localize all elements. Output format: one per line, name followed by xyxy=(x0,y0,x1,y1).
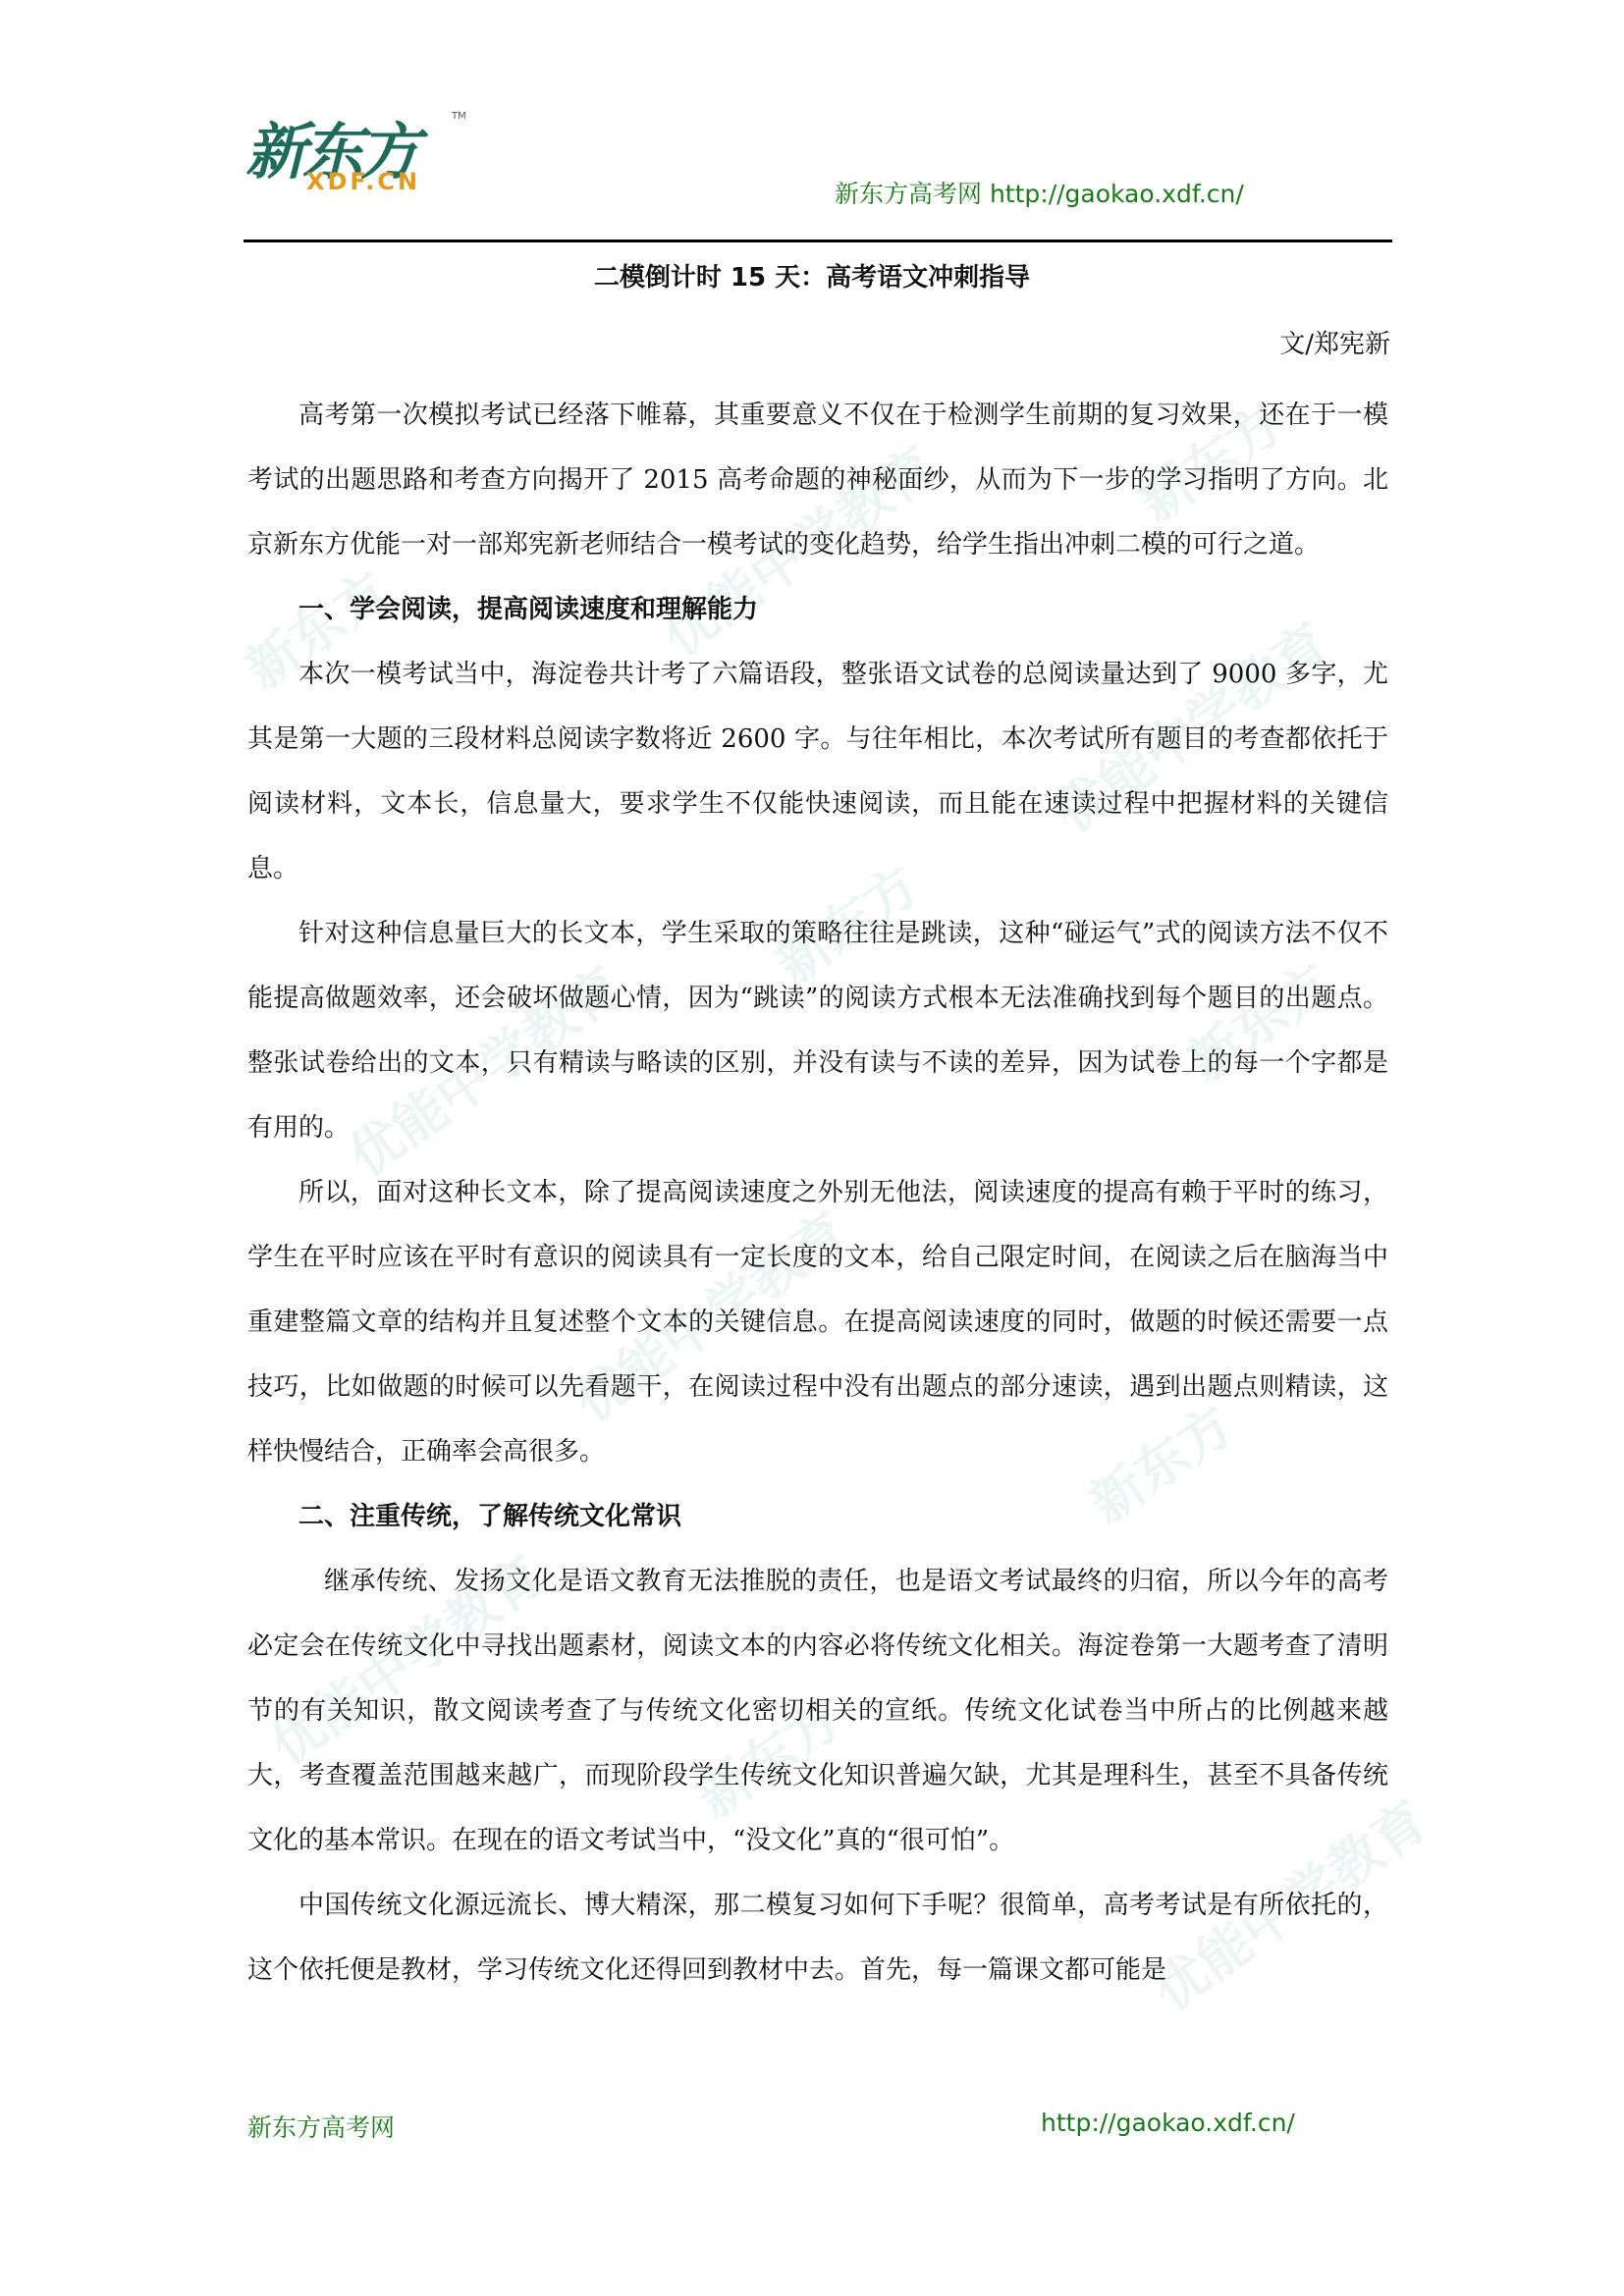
xdf-logo: 新东方 XDF.CN TM xyxy=(245,103,481,211)
section-1-paragraph: 本次一模考试当中，海淀卷共计考了六篇语段，整张语文试卷的总阅读量达到了 9000… xyxy=(247,642,1388,901)
section-1-heading: 一、学会阅读，提高阅读速度和理解能力 xyxy=(247,577,1388,642)
footer-site-link[interactable]: http://gaokao.xdf.cn/ xyxy=(1041,2109,1295,2137)
logo-tm: TM xyxy=(452,111,466,122)
logo-en: XDF.CN xyxy=(306,168,420,195)
section-2-paragraph: 中国传统文化源远流长、博大精深，那二模复习如何下手呢？很简单，高考考试是有所依托… xyxy=(247,1873,1388,2002)
header-rule xyxy=(244,240,1392,242)
section-2-paragraph: 继承传统、发扬文化是语文教育无法推脱的责任，也是语文考试最终的归宿，所以今年的高… xyxy=(247,1549,1388,1873)
article-author: 文/郑宪新 xyxy=(1279,324,1390,360)
intro-paragraph: 高考第一次模拟考试已经落下帷幕，其重要意义不仅在于检测学生前期的复习效果，还在于… xyxy=(247,383,1388,577)
section-2-heading: 二、注重传统，了解传统文化常识 xyxy=(247,1484,1388,1549)
footer-site-name: 新东方高考网 xyxy=(247,2109,395,2144)
section-1-paragraph: 针对这种信息量巨大的长文本，学生采取的策略往往是跳读，这种“碰运气”式的阅读方法… xyxy=(247,901,1388,1160)
article-body: 高考第一次模拟考试已经落下帷幕，其重要意义不仅在于检测学生前期的复习效果，还在于… xyxy=(247,383,1388,2002)
section-1-paragraph: 所以，面对这种长文本，除了提高阅读速度之外别无他法，阅读速度的提高有赖于平时的练… xyxy=(247,1160,1388,1484)
article-title: 二模倒计时 15 天：高考语文冲刺指导 xyxy=(0,257,1624,294)
header-site-link[interactable]: 新东方高考网 http://gaokao.xdf.cn/ xyxy=(835,175,1244,210)
